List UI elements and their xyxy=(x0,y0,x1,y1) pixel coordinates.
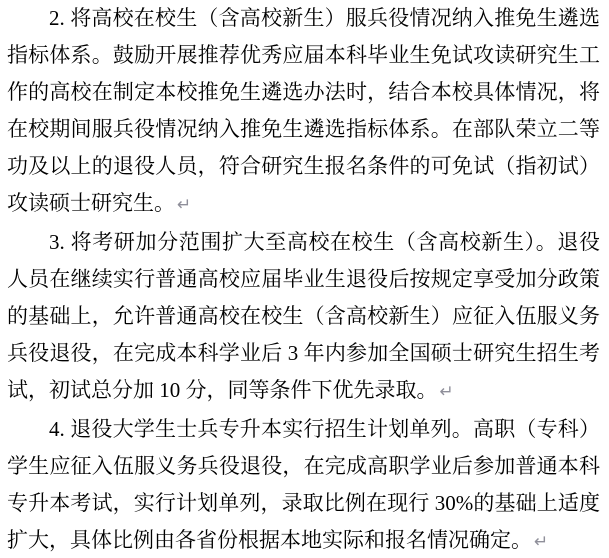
paragraph-return-mark-icon: ↵ xyxy=(175,195,191,215)
document-page: 2. 将高校在校生（含高校新生）服兵役情况纳入推免生遴选指标体系。鼓励开展推荐优… xyxy=(0,0,609,558)
paragraph: 3. 将考研加分范围扩大至高校在校生（含高校新生）。退役人员在继续实行普通高校应… xyxy=(7,224,600,411)
paragraph-return-mark-icon: ↵ xyxy=(438,382,454,402)
paragraph-text: 3. 将考研加分范围扩大至高校在校生（含高校新生）。退役人员在继续实行普通高校应… xyxy=(7,230,600,402)
paragraph: 2. 将高校在校生（含高校新生）服兵役情况纳入推免生遴选指标体系。鼓励开展推荐优… xyxy=(7,0,600,224)
paragraph-text: 4. 退役大学生士兵专升本实行招生计划单列。高职（专科）学生应征入伍服义务兵役退… xyxy=(7,417,600,552)
paragraph: 4. 退役大学生士兵专升本实行招生计划单列。高职（专科）学生应征入伍服义务兵役退… xyxy=(7,411,600,558)
paragraph-text: 2. 将高校在校生（含高校新生）服兵役情况纳入推免生遴选指标体系。鼓励开展推荐优… xyxy=(7,6,600,215)
paragraph-return-mark-icon: ↵ xyxy=(532,532,548,552)
